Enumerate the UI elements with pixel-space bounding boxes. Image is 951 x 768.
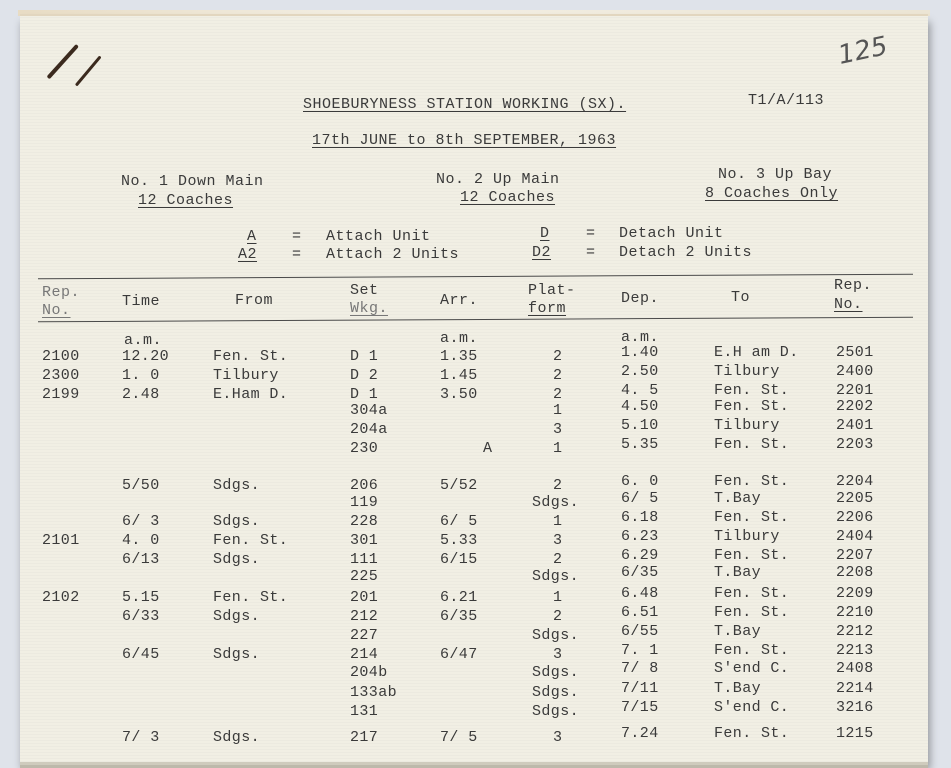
- cell-from: Sdgs.: [213, 608, 260, 625]
- cell-plat: 3: [553, 729, 562, 746]
- cell-time: 6/33: [122, 608, 160, 625]
- cell-from: Fen. St.: [213, 532, 288, 549]
- cell-dep: 7. 1: [621, 642, 659, 659]
- header-set: Set: [350, 282, 379, 300]
- cell-arr: A: [483, 440, 492, 457]
- cell-to: T.Bay: [714, 623, 761, 640]
- cell-rep-in: 2102: [42, 589, 80, 606]
- document-title: SHOEBURYNESS STATION WORKING (SX).: [303, 96, 626, 114]
- cell-rep-out: 2204: [836, 473, 874, 490]
- cell-rep-out: 1215: [836, 725, 874, 742]
- cell-plat: 2: [553, 477, 562, 494]
- cell-time: 5.15: [122, 589, 160, 606]
- cell-dep: 4. 5: [621, 382, 659, 399]
- cell-plat: 1: [553, 402, 562, 419]
- cell-from: Fen. St.: [213, 348, 288, 365]
- cell-arr: 5/52: [440, 477, 478, 494]
- cell-from: E.Ham D.: [213, 386, 288, 403]
- cell-from: Fen. St.: [213, 589, 288, 606]
- legend-eq: =: [292, 228, 302, 246]
- cell-arr: 7/ 5: [440, 729, 478, 746]
- header-arr: Arr.: [440, 292, 478, 310]
- cell-set: 228: [350, 513, 378, 530]
- cell-set: 214: [350, 646, 378, 663]
- cell-from: Sdgs.: [213, 551, 260, 568]
- cell-dep: 6.23: [621, 528, 659, 545]
- cell-set: 225: [350, 568, 378, 585]
- cell-rep-out: 2209: [836, 585, 874, 602]
- cell-dep: 6.29: [621, 547, 659, 564]
- cell-plat: Sdgs.: [532, 664, 579, 681]
- cell-dep: 7.24: [621, 725, 659, 742]
- legend-code-d: D: [540, 225, 550, 243]
- cell-arr: 6/35: [440, 608, 478, 625]
- cell-to: Tilbury: [714, 417, 780, 434]
- header-platform: form: [528, 300, 566, 318]
- cell-arr: 1.45: [440, 367, 478, 384]
- cell-to: T.Bay: [714, 490, 761, 507]
- cell-rep-in: 2300: [42, 367, 80, 384]
- cell-plat: 2: [553, 608, 562, 625]
- cell-time: 5/50: [122, 477, 160, 494]
- cell-plat: 3: [553, 646, 562, 663]
- cell-from: Sdgs.: [213, 477, 260, 494]
- legend-eq: =: [586, 225, 596, 243]
- cell-from: Sdgs.: [213, 646, 260, 663]
- cell-to: Fen. St.: [714, 604, 789, 621]
- cell-set: 227: [350, 627, 378, 644]
- cell-set: 301: [350, 532, 378, 549]
- cell-dep: 6.18: [621, 509, 659, 526]
- cell-rep-out: 2201: [836, 382, 874, 399]
- cell-time: 2.48: [122, 386, 160, 403]
- cell-time: 6/13: [122, 551, 160, 568]
- cell-set: 206: [350, 477, 378, 494]
- cell-set: 304a: [350, 402, 388, 419]
- cell-dep: 6/35: [621, 564, 659, 581]
- cell-time: 7/ 3: [122, 729, 160, 746]
- cell-to: T.Bay: [714, 564, 761, 581]
- cell-to: Fen. St.: [714, 382, 789, 399]
- cell-rep-out: 2206: [836, 509, 874, 526]
- legend-meaning-a: Attach Unit: [326, 228, 431, 246]
- cell-set: 201: [350, 589, 378, 606]
- cell-plat: 3: [553, 421, 562, 438]
- cell-arr: 6/15: [440, 551, 478, 568]
- header-to: To: [731, 289, 750, 307]
- cell-to: Tilbury: [714, 363, 780, 380]
- cell-dep: 6. 0: [621, 473, 659, 490]
- cell-set: D 1: [350, 348, 378, 365]
- cell-dep: 7/ 8: [621, 660, 659, 677]
- cell-plat: 2: [553, 367, 562, 384]
- cell-set: 230: [350, 440, 378, 457]
- cell-rep-out: 2212: [836, 623, 874, 640]
- cell-to: Fen. St.: [714, 547, 789, 564]
- cell-plat: Sdgs.: [532, 627, 579, 644]
- cell-time: 6/45: [122, 646, 160, 663]
- cell-dep: 6/ 5: [621, 490, 659, 507]
- cell-to: Tilbury: [714, 528, 780, 545]
- cell-arr: 6.21: [440, 589, 478, 606]
- cell-rep-in: 2101: [42, 532, 80, 549]
- header-rep-in: Rep.: [42, 284, 80, 302]
- cell-plat: Sdgs.: [532, 494, 579, 511]
- cell-to: E.H am D.: [714, 344, 799, 361]
- cell-dep: 4.50: [621, 398, 659, 415]
- cell-rep-out: 2408: [836, 660, 874, 677]
- cell-set: D 2: [350, 367, 378, 384]
- cell-dep: 1.40: [621, 344, 659, 361]
- cell-to: Fen. St.: [714, 585, 789, 602]
- document-reference: T1/A/113: [748, 92, 824, 110]
- date-range: 17th JUNE to 8th SEPTEMBER, 1963: [312, 132, 616, 150]
- cell-arr: 6/47: [440, 646, 478, 663]
- cell-dep: 6.48: [621, 585, 659, 602]
- cell-time: 1. 0: [122, 367, 160, 384]
- header-platform: Plat-: [528, 282, 576, 300]
- legend-meaning-d2: Detach 2 Units: [619, 244, 752, 262]
- cell-plat: 3: [553, 532, 562, 549]
- cell-rep-out: 2202: [836, 398, 874, 415]
- cell-dep: 5.10: [621, 417, 659, 434]
- cell-to: Fen. St.: [714, 398, 789, 415]
- cell-to: Fen. St.: [714, 725, 789, 742]
- header-time: Time: [122, 293, 160, 311]
- cell-from: Tilbury: [213, 367, 279, 384]
- platform-2-capacity: 12 Coaches: [460, 189, 555, 207]
- cell-to: Fen. St.: [714, 436, 789, 453]
- cell-plat: 2: [553, 386, 562, 403]
- header-rep-in: No.: [42, 302, 71, 320]
- cell-rep-out: 2401: [836, 417, 874, 434]
- cell-rep-in: 2199: [42, 386, 80, 403]
- legend-code-a: A: [247, 228, 257, 246]
- cell-set: 212: [350, 608, 378, 625]
- cell-set: 111: [350, 551, 378, 568]
- cell-plat: 1: [553, 440, 562, 457]
- cell-to: Fen. St.: [714, 509, 789, 526]
- cell-time: 12.20: [122, 348, 169, 365]
- legend-meaning-d: Detach Unit: [619, 225, 724, 243]
- cell-from: Sdgs.: [213, 729, 260, 746]
- cell-dep: 6.51: [621, 604, 659, 621]
- cell-set: 133ab: [350, 684, 397, 701]
- header-set: Wkg.: [350, 300, 388, 318]
- cell-set: 204a: [350, 421, 388, 438]
- cell-rep-out: 2400: [836, 363, 874, 380]
- cell-plat: 2: [553, 551, 562, 568]
- cell-arr: 6/ 5: [440, 513, 478, 530]
- platform-3-name: No. 3 Up Bay: [718, 166, 832, 184]
- cell-plat: 1: [553, 589, 562, 606]
- cell-dep: 7/11: [621, 680, 659, 697]
- cell-set: D 1: [350, 386, 378, 403]
- cell-dep: 6/55: [621, 623, 659, 640]
- cell-rep-out: 2205: [836, 490, 874, 507]
- cell-plat: Sdgs.: [532, 568, 579, 585]
- cell-dep: 5.35: [621, 436, 659, 453]
- cell-dep: 2.50: [621, 363, 659, 380]
- cell-to: Fen. St.: [714, 473, 789, 490]
- cell-plat: 2: [553, 348, 562, 365]
- header-rep-out: Rep.: [834, 277, 872, 295]
- cell-to: Fen. St.: [714, 642, 789, 659]
- platform-1-name: No. 1 Down Main: [121, 173, 264, 191]
- platform-3-capacity: 8 Coaches Only: [705, 185, 838, 203]
- cell-plat: Sdgs.: [532, 684, 579, 701]
- cell-set: 204b: [350, 664, 388, 681]
- am-label-arr: a.m.: [440, 330, 478, 348]
- cell-rep-out: 2203: [836, 436, 874, 453]
- cell-plat: Sdgs.: [532, 703, 579, 720]
- platform-2-name: No. 2 Up Main: [436, 171, 560, 189]
- legend-eq: =: [292, 246, 302, 264]
- cell-rep-out: 2207: [836, 547, 874, 564]
- legend-meaning-a2: Attach 2 Units: [326, 246, 459, 264]
- cell-rep-out: 2210: [836, 604, 874, 621]
- cell-rep-in: 2100: [42, 348, 80, 365]
- header-rep-out: No.: [834, 296, 863, 314]
- cell-arr: 1.35: [440, 348, 478, 365]
- cell-to: T.Bay: [714, 680, 761, 697]
- cell-from: Sdgs.: [213, 513, 260, 530]
- cell-rep-out: 2404: [836, 528, 874, 545]
- cell-arr: 5.33: [440, 532, 478, 549]
- header-dep: Dep.: [621, 290, 659, 308]
- cell-arr: 3.50: [440, 386, 478, 403]
- cell-set: 131: [350, 703, 378, 720]
- cell-rep-out: 2208: [836, 564, 874, 581]
- cell-rep-out: 2214: [836, 680, 874, 697]
- legend-eq: =: [586, 244, 596, 262]
- cell-rep-out: 2213: [836, 642, 874, 659]
- cell-rep-out: 3216: [836, 699, 874, 716]
- legend-code-a2: A2: [238, 246, 257, 264]
- legend-code-d2: D2: [532, 244, 551, 262]
- header-from: From: [235, 292, 273, 310]
- cell-dep: 7/15: [621, 699, 659, 716]
- cell-to: S'end C.: [714, 660, 789, 677]
- cell-to: S'end C.: [714, 699, 789, 716]
- cell-plat: 1: [553, 513, 562, 530]
- cell-set: 217: [350, 729, 378, 746]
- cell-time: 4. 0: [122, 532, 160, 549]
- cell-time: 6/ 3: [122, 513, 160, 530]
- cell-set: 119: [350, 494, 378, 511]
- platform-1-capacity: 12 Coaches: [138, 192, 233, 210]
- cell-rep-out: 2501: [836, 344, 874, 361]
